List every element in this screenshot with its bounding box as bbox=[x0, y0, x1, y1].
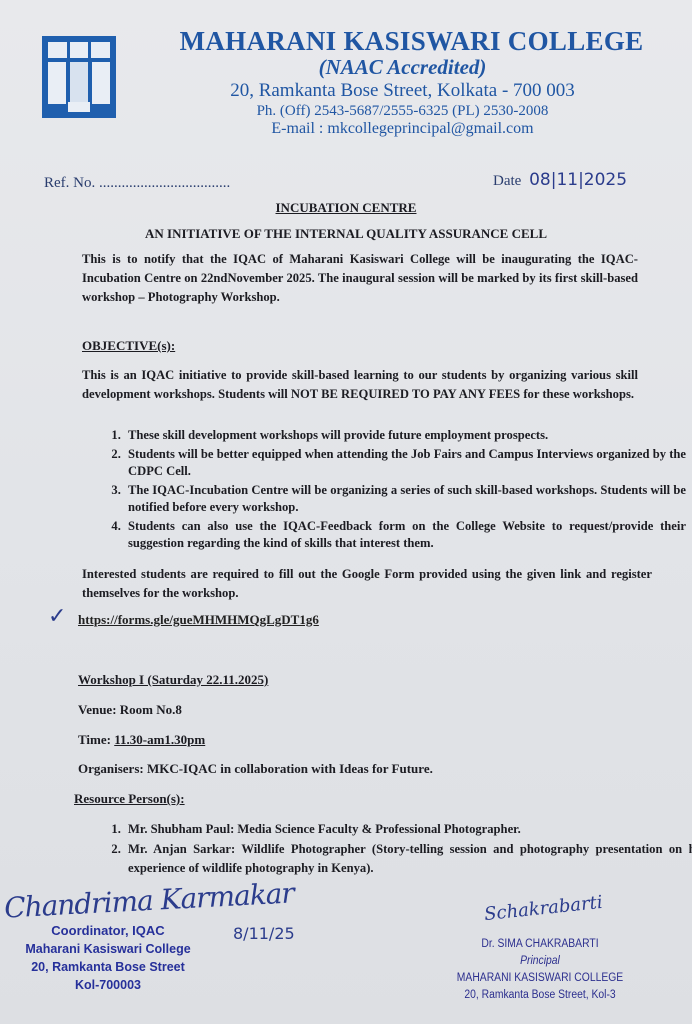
principal-address: 20, Ramkanta Bose Street, Kol-3 bbox=[441, 987, 639, 1004]
principal-title: Principal bbox=[441, 953, 639, 970]
coordinator-address: 20, Ramkanta Bose Street bbox=[18, 958, 198, 976]
notice-page: MAHARANI KASISWARI COLLEGE (NAAC Accredi… bbox=[0, 0, 692, 1024]
notice-subtitle: AN INITIATIVE OF THE INTERNAL QUALITY AS… bbox=[0, 226, 692, 242]
check-mark-icon: ✓ bbox=[48, 604, 66, 629]
list-item: The IQAC-Incubation Centre will be organ… bbox=[124, 482, 686, 517]
date-label: Date bbox=[493, 173, 521, 189]
principal-org: MAHARANI KASISWARI COLLEGE bbox=[441, 970, 639, 987]
objectives-list: These skill development workshops will p… bbox=[82, 427, 686, 554]
coordinator-org: Maharani Kasiswari College bbox=[18, 940, 198, 958]
workshop-heading: Workshop I (Saturday 22.11.2025) bbox=[78, 672, 268, 688]
list-item: Students can also use the IQAC-Feedback … bbox=[124, 518, 686, 553]
ref-number: Ref. No. ...............................… bbox=[44, 175, 230, 192]
principal-stamp: Dr. SIMA CHAKRABARTI Principal MAHARANI … bbox=[441, 936, 639, 1004]
intro-paragraph: This is to notify that the IQAC of Mahar… bbox=[82, 250, 638, 307]
list-item: These skill development workshops will p… bbox=[124, 427, 686, 445]
principal-name: Dr. SIMA CHAKRABARTI bbox=[441, 936, 639, 953]
college-email: E-mail : mkcollegeprincipal@gmail.com bbox=[130, 120, 675, 138]
workshop-time: Time: 11.30-am1.30pm bbox=[78, 732, 205, 748]
college-address: 20, Ramkanta Bose Street, Kolkata - 700 … bbox=[130, 80, 675, 102]
objective-heading: OBJECTIVE(s): bbox=[82, 338, 175, 354]
google-form-link[interactable]: https://forms.gle/gueMHMHMQgLgDT1g6 bbox=[78, 612, 319, 628]
workshop-organisers: Organisers: MKC-IQAC in collaboration wi… bbox=[78, 761, 433, 777]
registration-paragraph: Interested students are required to fill… bbox=[82, 565, 652, 603]
time-label: Time: bbox=[78, 732, 114, 747]
list-item: Mr. Anjan Sarkar: Wildlife Photographer … bbox=[124, 840, 692, 878]
time-value: 11.30-am1.30pm bbox=[114, 732, 205, 747]
letterhead: MAHARANI KASISWARI COLLEGE (NAAC Accredi… bbox=[130, 26, 675, 138]
college-emblem-icon bbox=[42, 36, 116, 118]
coordinator-stamp: Coordinator, IQAC Maharani Kasiswari Col… bbox=[18, 922, 198, 994]
resource-persons-list: Mr. Shubham Paul: Media Science Faculty … bbox=[82, 820, 692, 879]
date-value: 08|11|2025 bbox=[529, 170, 627, 190]
coordinator-city: Kol-700003 bbox=[18, 976, 198, 994]
coordinator-title: Coordinator, IQAC bbox=[18, 922, 198, 940]
date-field: Date 08|11|2025 bbox=[493, 170, 627, 190]
college-phone: Ph. (Off) 2543-5687/2555-6325 (PL) 2530-… bbox=[130, 103, 675, 120]
objective-paragraph: This is an IQAC initiative to provide sk… bbox=[82, 366, 638, 404]
principal-signature: Schakrabarti bbox=[483, 892, 603, 925]
list-item: Mr. Shubham Paul: Media Science Faculty … bbox=[124, 820, 692, 839]
accreditation: (NAAC Accredited) bbox=[130, 55, 675, 80]
resource-heading: Resource Person(s): bbox=[74, 791, 185, 807]
workshop-venue: Venue: Room No.8 bbox=[78, 702, 182, 718]
college-name: MAHARANI KASISWARI COLLEGE bbox=[148, 26, 675, 57]
notice-title: INCUBATION CENTRE bbox=[0, 200, 692, 216]
coordinator-signature: Chandrima Karmakar bbox=[3, 876, 294, 924]
coordinator-signed-date: 8/11/25 bbox=[233, 924, 295, 943]
list-item: Students will be better equipped when at… bbox=[124, 446, 686, 481]
